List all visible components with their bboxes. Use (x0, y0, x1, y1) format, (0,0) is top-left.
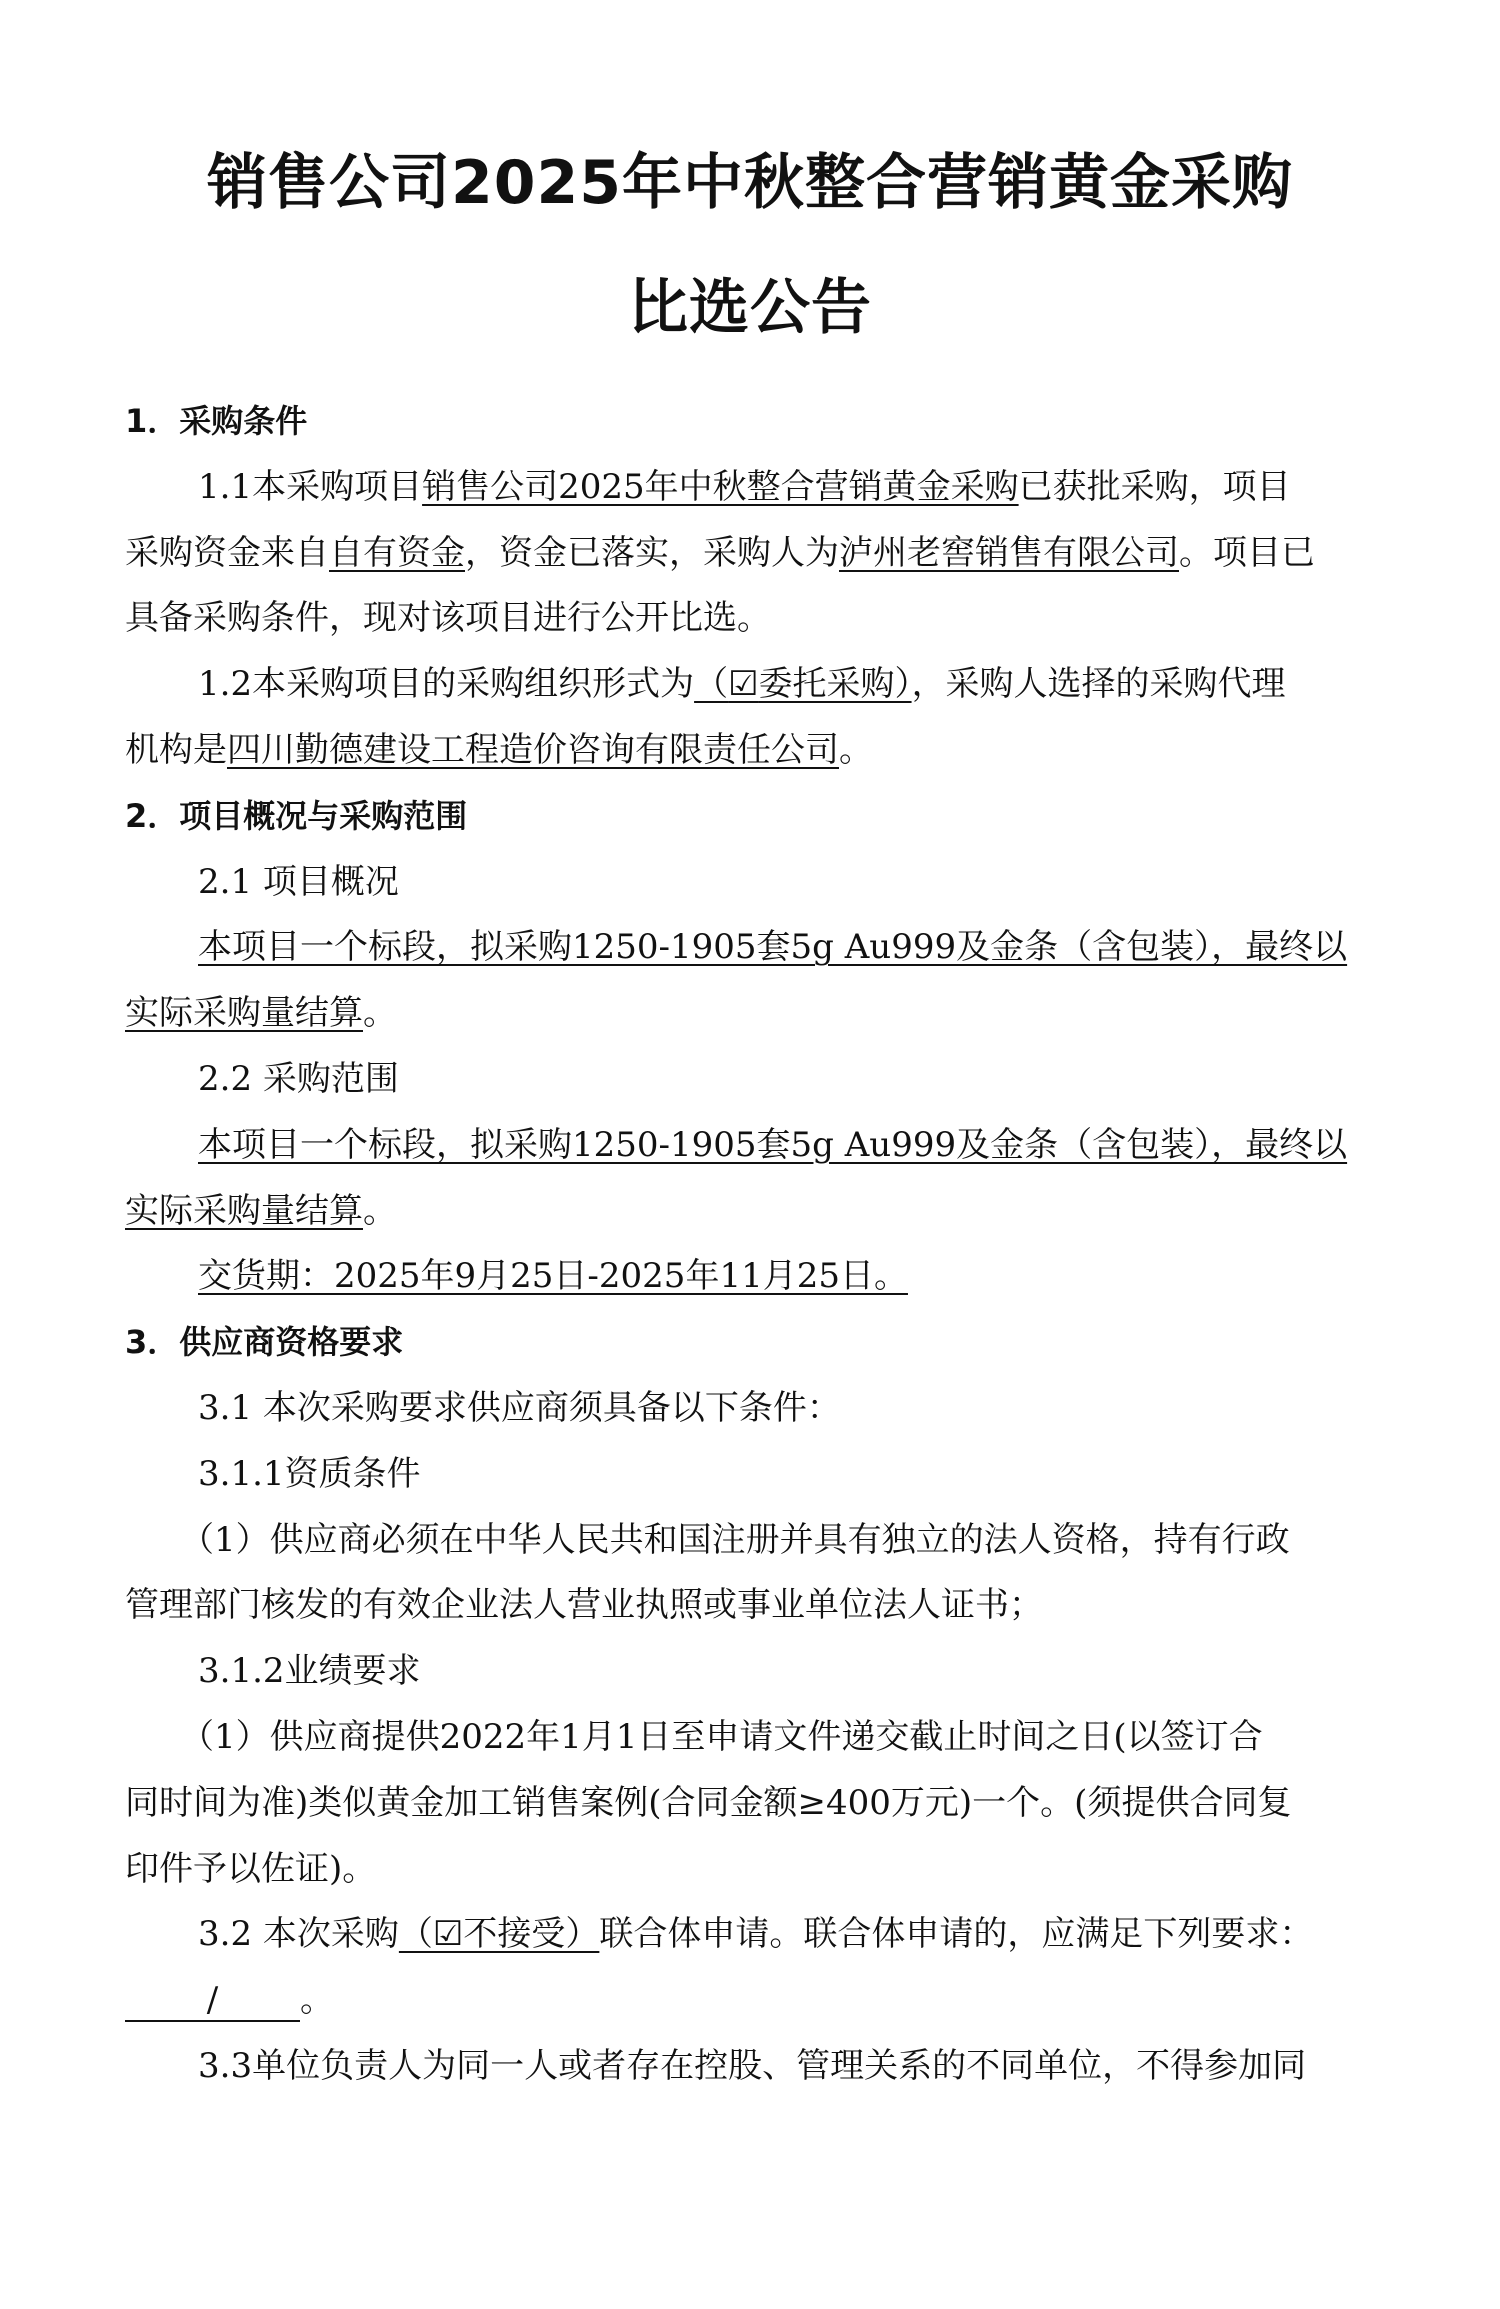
purchaser-name: 泸州老窖销售有限公司 (839, 533, 1179, 573)
paragraph-3-1-1-line2: 管理部门核发的有效企业法人营业执照或事业单位法人证书； (125, 1573, 1373, 1639)
document-body: 1．采购条件 1.1本采购项目销售公司2025年中秋整合营销黄金采购已获批采购，… (125, 389, 1373, 2100)
text: 本项目一个标段，拟采购1250-1905套5g Au999及金条（含包装），最终… (198, 927, 1347, 967)
project-name: 销售公司2025年中秋整合营销黄金采购 (422, 467, 1019, 507)
text: 本项目一个标段，拟采购1250-1905套5g Au999及金条（含包装），最终… (198, 1125, 1347, 1165)
paragraph-3-3-line1: 3.3单位负责人为同一人或者存在控股、管理关系的不同单位，不得参加同 (125, 2034, 1373, 2100)
subsection-2-2-title: 2.2 采购范围 (125, 1047, 1373, 1113)
consortium-requirements-blank: / (125, 1980, 300, 2022)
procurement-form: （☑委托采购） (694, 664, 911, 704)
subsection-3-1-2-title: 3.1.2业绩要求 (125, 1639, 1373, 1705)
text: 联合体申请。联合体申请的，应满足下列要求： (599, 1914, 1313, 1954)
paragraph-3-1-2-line1: （1）供应商提供2022年1月1日至申请文件递交截止时间之日(以签订合 (125, 1705, 1373, 1771)
fund-source: 自有资金 (329, 533, 465, 573)
paragraph-1-2-line1: 1.2本采购项目的采购组织形式为（☑委托采购），采购人选择的采购代理 (125, 652, 1373, 718)
paragraph-2-2-line2: 实际采购量结算。 (125, 1179, 1373, 1245)
paragraph-3-2-line2: /。 (125, 1968, 1373, 2034)
document-title-line2: 比选公告 (0, 268, 1500, 348)
consortium-check: （☑不接受） (399, 1914, 599, 1954)
subsection-3-1-1-title: 3.1.1资质条件 (125, 1442, 1373, 1508)
text: 实际采购量结算 (125, 1191, 363, 1231)
text: 实际采购量结算 (125, 993, 363, 1033)
text: 。 (363, 1191, 397, 1231)
subsection-2-1-title: 2.1 项目概况 (125, 850, 1373, 916)
section-heading-1: 1．采购条件 (125, 389, 1373, 455)
section-heading-3: 3．供应商资格要求 (125, 1310, 1373, 1376)
text: 已获批采购，项目 (1019, 467, 1291, 507)
paragraph-3-1-2-line3: 印件予以佐证)。 (125, 1837, 1373, 1903)
text: 1.2本采购项目的采购组织形式为 (198, 664, 694, 704)
paragraph-1-2-line2: 机构是四川勤德建设工程造价咨询有限责任公司。 (125, 718, 1373, 784)
text: ，资金已落实，采购人为 (465, 533, 839, 573)
text: 3.2 本次采购 (198, 1914, 399, 1954)
paragraph-3-1-1-line1: （1）供应商必须在中华人民共和国注册并具有独立的法人资格，持有行政 (125, 1508, 1373, 1574)
paragraph-1-1-line1: 1.1本采购项目销售公司2025年中秋整合营销黄金采购已获批采购，项目 (125, 455, 1373, 521)
text: 采购资金来自 (125, 533, 329, 573)
text: 。 (839, 730, 873, 770)
paragraph-3-1: 3.1 本次采购要求供应商须具备以下条件： (125, 1376, 1373, 1442)
text: 委托采购） (759, 664, 912, 704)
text: 。 (300, 1980, 334, 2020)
text: 。 (363, 993, 397, 1033)
text: 交货期：2025年9月25日-2025年11月25日。 (198, 1256, 908, 1296)
paragraph-2-2-line1: 本项目一个标段，拟采购1250-1905套5g Au999及金条（含包装），最终… (125, 1113, 1373, 1179)
document-title-line1: 销售公司2025年中秋整合营销黄金采购 (0, 143, 1500, 223)
checked-box-icon: ☑ (728, 664, 758, 704)
delivery-period: 交货期：2025年9月25日-2025年11月25日。 (125, 1244, 1373, 1310)
section-heading-2: 2．项目概况与采购范围 (125, 784, 1373, 850)
text: 。项目已 (1179, 533, 1315, 573)
paragraph-3-2-line1: 3.2 本次采购（☑不接受）联合体申请。联合体申请的，应满足下列要求： (125, 1902, 1373, 1968)
paragraph-2-1-line1: 本项目一个标段，拟采购1250-1905套5g Au999及金条（含包装），最终… (125, 915, 1373, 981)
text: ，采购人选择的采购代理 (912, 664, 1286, 704)
paragraph-1-1-line3: 具备采购条件，现对该项目进行公开比选。 (125, 586, 1373, 652)
text: （ (694, 664, 728, 704)
paragraph-3-1-2-line2: 同时间为准)类似黄金加工销售案例(合同金额≥400万元)一个。(须提供合同复 (125, 1771, 1373, 1837)
agency-name: 四川勤德建设工程造价咨询有限责任公司 (227, 730, 839, 770)
paragraph-1-1-line2: 采购资金来自自有资金，资金已落实，采购人为泸州老窖销售有限公司。项目已 (125, 521, 1373, 587)
paragraph-2-1-line2: 实际采购量结算。 (125, 981, 1373, 1047)
text: 机构是 (125, 730, 227, 770)
text: 1.1本采购项目 (198, 467, 422, 507)
